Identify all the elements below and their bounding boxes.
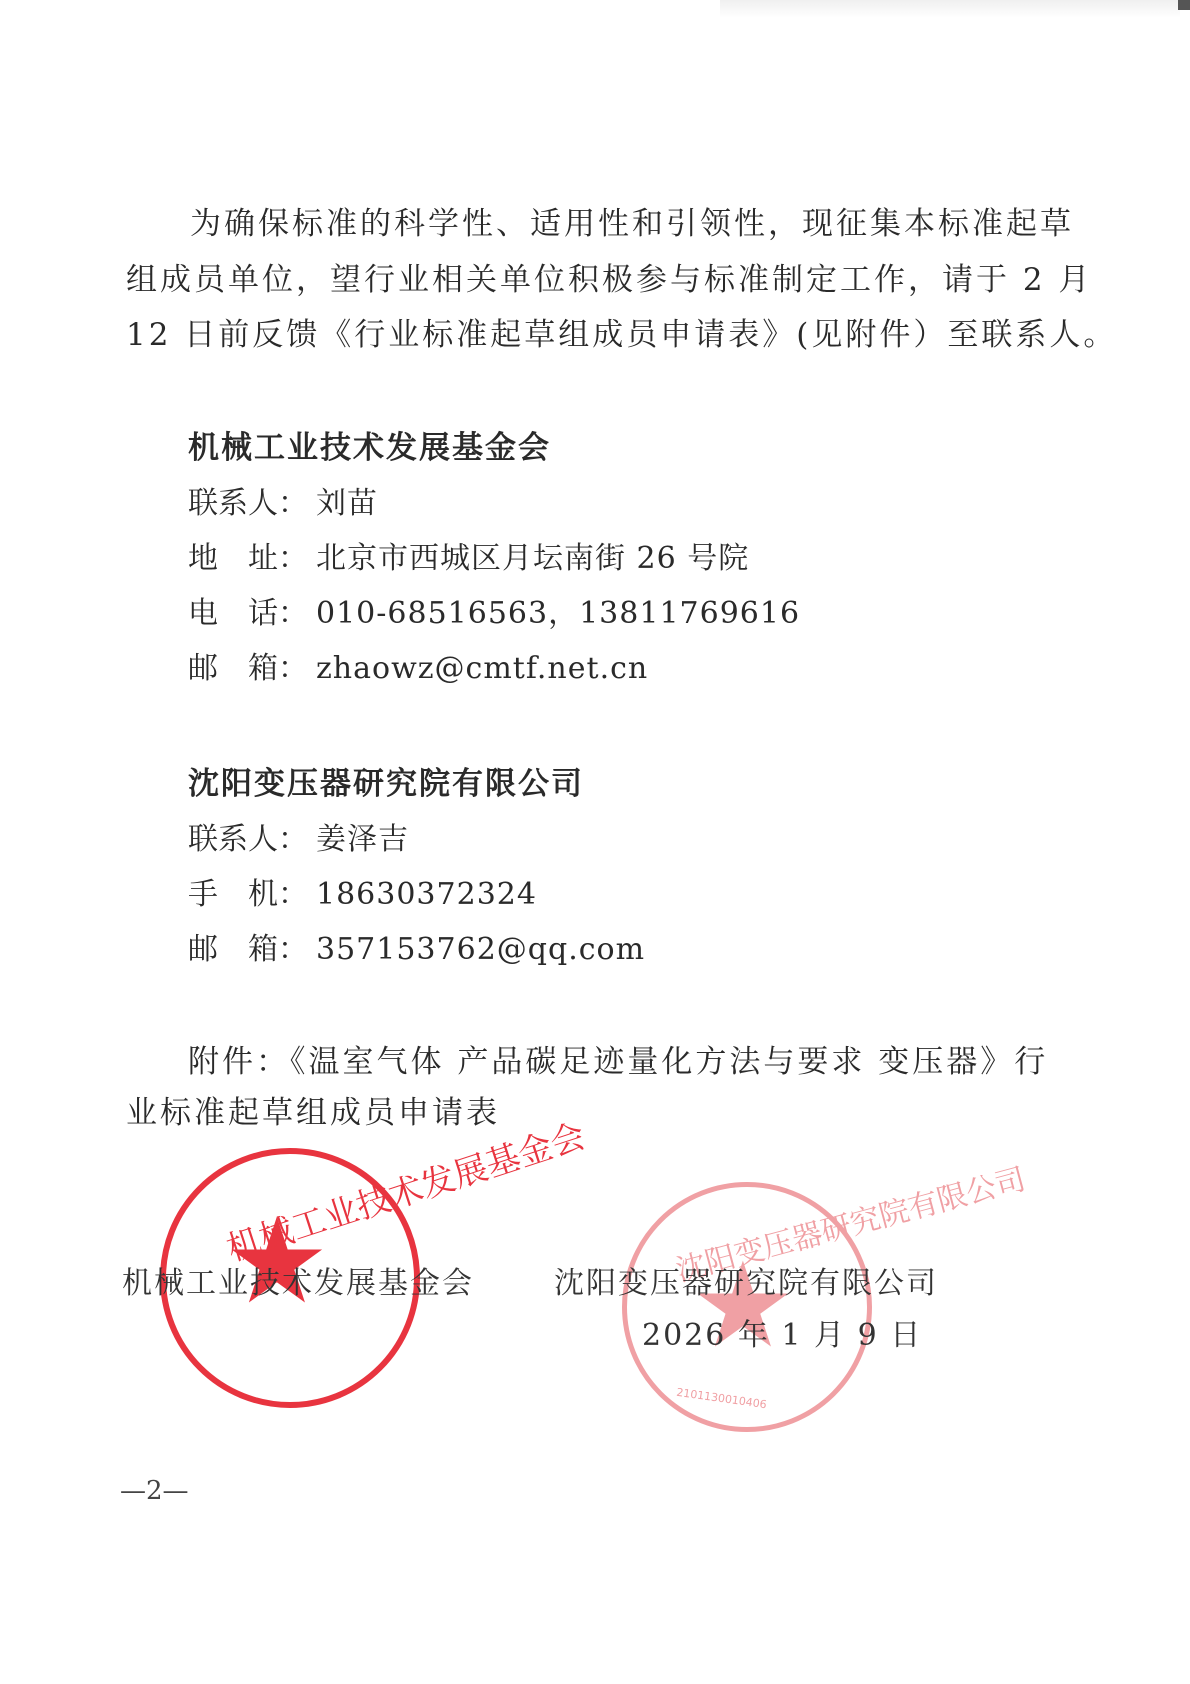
scan-corner-mark xyxy=(1178,0,1190,10)
contact-1-address: 地 址：北京市西城区月坛南街 26 号院 xyxy=(188,533,749,577)
field-label: 联系人： xyxy=(188,478,316,522)
field-label: 邮 箱： xyxy=(188,643,316,687)
field-value: 18630372324 xyxy=(316,877,537,912)
field-label: 邮 箱： xyxy=(188,924,316,968)
signature-date: 2026 年 1 月 9 日 xyxy=(642,1310,922,1354)
paragraph-line-3: 12 日前反馈《行业标准起草组成员申请表》(见附件）至联系人。 xyxy=(126,307,1117,363)
contact-2-mobile: 手 机：18630372324 xyxy=(188,869,537,913)
signature-right-org: 沈阳变压器研究院有限公司 xyxy=(554,1258,938,1302)
field-label: 联系人： xyxy=(188,814,316,858)
paragraph-line-1: 为确保标准的科学性、适用性和引领性，现征集本标准起草 xyxy=(190,196,1074,252)
attachment-line-1: 附件：《温室气体 产品碳足迹量化方法与要求 变压器》行 xyxy=(188,1034,1048,1090)
contact-2-person: 联系人：姜泽吉 xyxy=(188,814,409,858)
paragraph-line-2: 组成员单位，望行业相关单位积极参与标准制定工作，请于 2 月 xyxy=(126,252,1092,308)
field-value: 刘苗 xyxy=(316,486,378,521)
field-label: 手 机： xyxy=(188,869,316,913)
signature-left-org: 机械工业技术发展基金会 xyxy=(122,1258,474,1302)
field-label: 地 址： xyxy=(188,533,316,577)
contact-1-person: 联系人：刘苗 xyxy=(188,478,378,522)
field-value: 北京市西城区月坛南街 26 号院 xyxy=(316,541,749,576)
contact-org-1: 机械工业技术发展基金会 xyxy=(188,422,551,467)
field-value: zhaowz@cmtf.net.cn xyxy=(316,651,648,686)
field-value: 357153762@qq.com xyxy=(316,932,645,967)
contact-1-email: 邮 箱：zhaowz@cmtf.net.cn xyxy=(188,643,648,687)
scan-artifact xyxy=(720,0,1180,18)
page-number: —2— xyxy=(120,1476,189,1506)
contact-org-2: 沈阳变压器研究院有限公司 xyxy=(188,758,584,803)
attachment-line-2: 业标准起草组成员申请表 xyxy=(126,1085,500,1141)
contact-2-email: 邮 箱：357153762@qq.com xyxy=(188,924,645,968)
field-label: 电 话： xyxy=(188,588,316,632)
field-value: 姜泽吉 xyxy=(316,822,409,857)
contact-1-phone: 电 话：010-68516563，13811769616 xyxy=(188,588,800,632)
field-value: 010-68516563，13811769616 xyxy=(316,596,800,631)
